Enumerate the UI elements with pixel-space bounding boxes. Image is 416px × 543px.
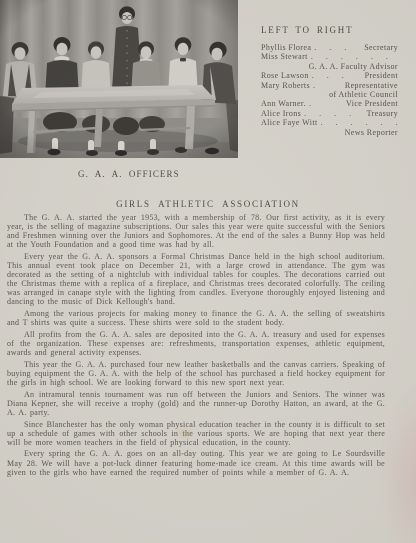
officer-role-continuation: G. A. A. Faculty Advisor	[261, 62, 398, 71]
officer-name: Ann Warner.	[261, 99, 306, 108]
officer-entry: Phyllis Florea. . .Secretary	[261, 43, 398, 52]
officer-role-continuation: News Reporter	[261, 128, 398, 137]
officer-role: Treasury	[367, 109, 398, 118]
article-paragraph: Every spring the G. A. A. goes on an all…	[7, 449, 385, 476]
article-paragraph: This year the G. A. A. purchased four ne…	[7, 360, 385, 387]
dot-leader: . . . . . .	[318, 118, 398, 127]
article-paragraph: Among the various projects for making mo…	[7, 309, 385, 327]
dot-leader: . . .	[309, 71, 365, 80]
officer-entry: Mary Roberts.Representative	[261, 81, 398, 90]
gaa-officers-photo	[0, 0, 238, 158]
officer-name: Miss Stewart	[261, 52, 308, 61]
article-paragraph: Since Blanchester has the only woman phy…	[7, 420, 385, 447]
officer-name: Alice Faye Witt	[261, 118, 318, 127]
officer-name: Rose Lawson	[261, 71, 309, 80]
article-body: The G. A. A. started the year 1953, with…	[7, 213, 385, 479]
officer-list: Phyllis Florea. . .SecretaryMiss Stewart…	[261, 43, 398, 137]
officer-role-continuation: of Athletic Council	[261, 90, 398, 99]
roster-heading: LEFT TO RIGHT	[261, 25, 398, 35]
article-paragraph: Every year the G. A. A. sponsors a Forma…	[7, 252, 385, 307]
photo-illustration	[0, 0, 238, 158]
officer-name: Alice Irons	[261, 109, 301, 118]
dot-leader: .	[306, 99, 346, 108]
officer-name: Phyllis Florea	[261, 43, 311, 52]
yearbook-page: { "page": { "background": "#d4d1c9", "in…	[0, 0, 416, 543]
dot-leader: . . .	[311, 43, 364, 52]
officer-role: Secretary	[364, 43, 398, 52]
officer-entry: Miss Stewart. . . . . .	[261, 52, 398, 61]
dot-leader: .	[310, 81, 345, 90]
officer-entry: Alice Irons. . . .Treasury	[261, 109, 398, 118]
officer-name: Mary Roberts	[261, 81, 310, 90]
dot-leader: . . . . . .	[308, 52, 398, 61]
article-paragraph: All profits from the G. A. A. sales are …	[7, 330, 385, 357]
officer-role: Representative	[345, 81, 398, 90]
article-title: GIRLS ATHLETIC ASSOCIATION	[0, 199, 416, 209]
officer-role: President	[365, 71, 398, 80]
officer-roster: LEFT TO RIGHT Phyllis Florea. . .Secreta…	[261, 25, 398, 137]
officer-role: Vice President	[346, 99, 398, 108]
article-paragraph: An intramural tennis tournament was run …	[7, 390, 385, 417]
officer-entry: Ann Warner..Vice President	[261, 99, 398, 108]
article-paragraph: The G. A. A. started the year 1953, with…	[7, 213, 385, 249]
dot-leader: . . . .	[301, 109, 366, 118]
officer-entry: Rose Lawson. . .President	[261, 71, 398, 80]
officer-entry: Alice Faye Witt. . . . . .	[261, 118, 398, 127]
photo-caption: G. A. A. OFFICERS	[78, 169, 180, 179]
